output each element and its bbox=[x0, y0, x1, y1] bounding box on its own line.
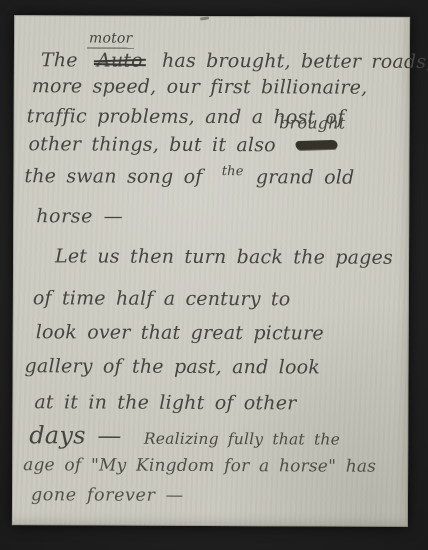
line-5-text-before: the swan song of bbox=[24, 165, 202, 188]
handwritten-line-1: motor The Auto has brought, better roads… bbox=[41, 49, 428, 73]
line-2-text: more speed, our first billionaire, bbox=[32, 75, 368, 98]
line-8-text: of time half a century to bbox=[33, 287, 291, 310]
line-1-text-before: The bbox=[41, 49, 78, 71]
line-12-text-large: days — bbox=[29, 421, 122, 449]
struck-word-auto: Auto bbox=[97, 50, 143, 72]
handwritten-line-4: other things, but it also brought bbox=[29, 133, 338, 156]
line-10-text: gallery of the past, and look bbox=[25, 355, 320, 378]
handwritten-line-11: at it in the light of other bbox=[34, 391, 296, 414]
handwritten-line-9: look over that great picture bbox=[36, 321, 324, 344]
line-14-text: gone forever — bbox=[31, 485, 184, 506]
handwritten-line-7: Let us then turn back the pages bbox=[55, 245, 393, 268]
line-4-text: other things, but it also bbox=[29, 133, 276, 156]
handwritten-line-12: days — Realizing fully that the bbox=[29, 421, 340, 450]
handwritten-line-2: more speed, our first billionaire, bbox=[32, 75, 368, 98]
line-9-text: look over that great picture bbox=[36, 321, 324, 344]
handwritten-line-13: age of "My Kingdom for a horse" has bbox=[23, 455, 376, 477]
ink-speck bbox=[200, 16, 209, 20]
handwritten-line-8: of time half a century to bbox=[33, 287, 291, 310]
line-7-text: Let us then turn back the pages bbox=[55, 245, 393, 268]
inserted-word-the: the bbox=[222, 164, 244, 179]
line-5-text-after: grand old bbox=[256, 166, 355, 188]
handwritten-line-14: gone forever — bbox=[31, 485, 184, 506]
inserted-word-brought: brought bbox=[279, 113, 345, 132]
line-13-text: age of "My Kingdom for a horse" has bbox=[23, 455, 376, 477]
scribbled-out-word bbox=[295, 140, 337, 150]
handwritten-line-5: the swan song of the grand old bbox=[24, 165, 354, 188]
line-6-text: horse — bbox=[36, 205, 123, 227]
inserted-word-motor: motor bbox=[87, 30, 135, 48]
handwritten-line-10: gallery of the past, and look bbox=[25, 355, 320, 378]
correction-group: brought bbox=[295, 134, 337, 156]
line-1-text-after: has brought, better roads, bbox=[162, 50, 428, 73]
line-11-text: at it in the light of other bbox=[34, 391, 296, 414]
manuscript-page: motor The Auto has brought, better roads… bbox=[12, 15, 410, 527]
handwritten-line-6: horse — bbox=[36, 205, 123, 227]
line-12-text-small: Realizing fully that the bbox=[144, 430, 340, 449]
photo-of-manuscript: { "scene": { "background_color": "#1a1a1… bbox=[0, 0, 428, 550]
